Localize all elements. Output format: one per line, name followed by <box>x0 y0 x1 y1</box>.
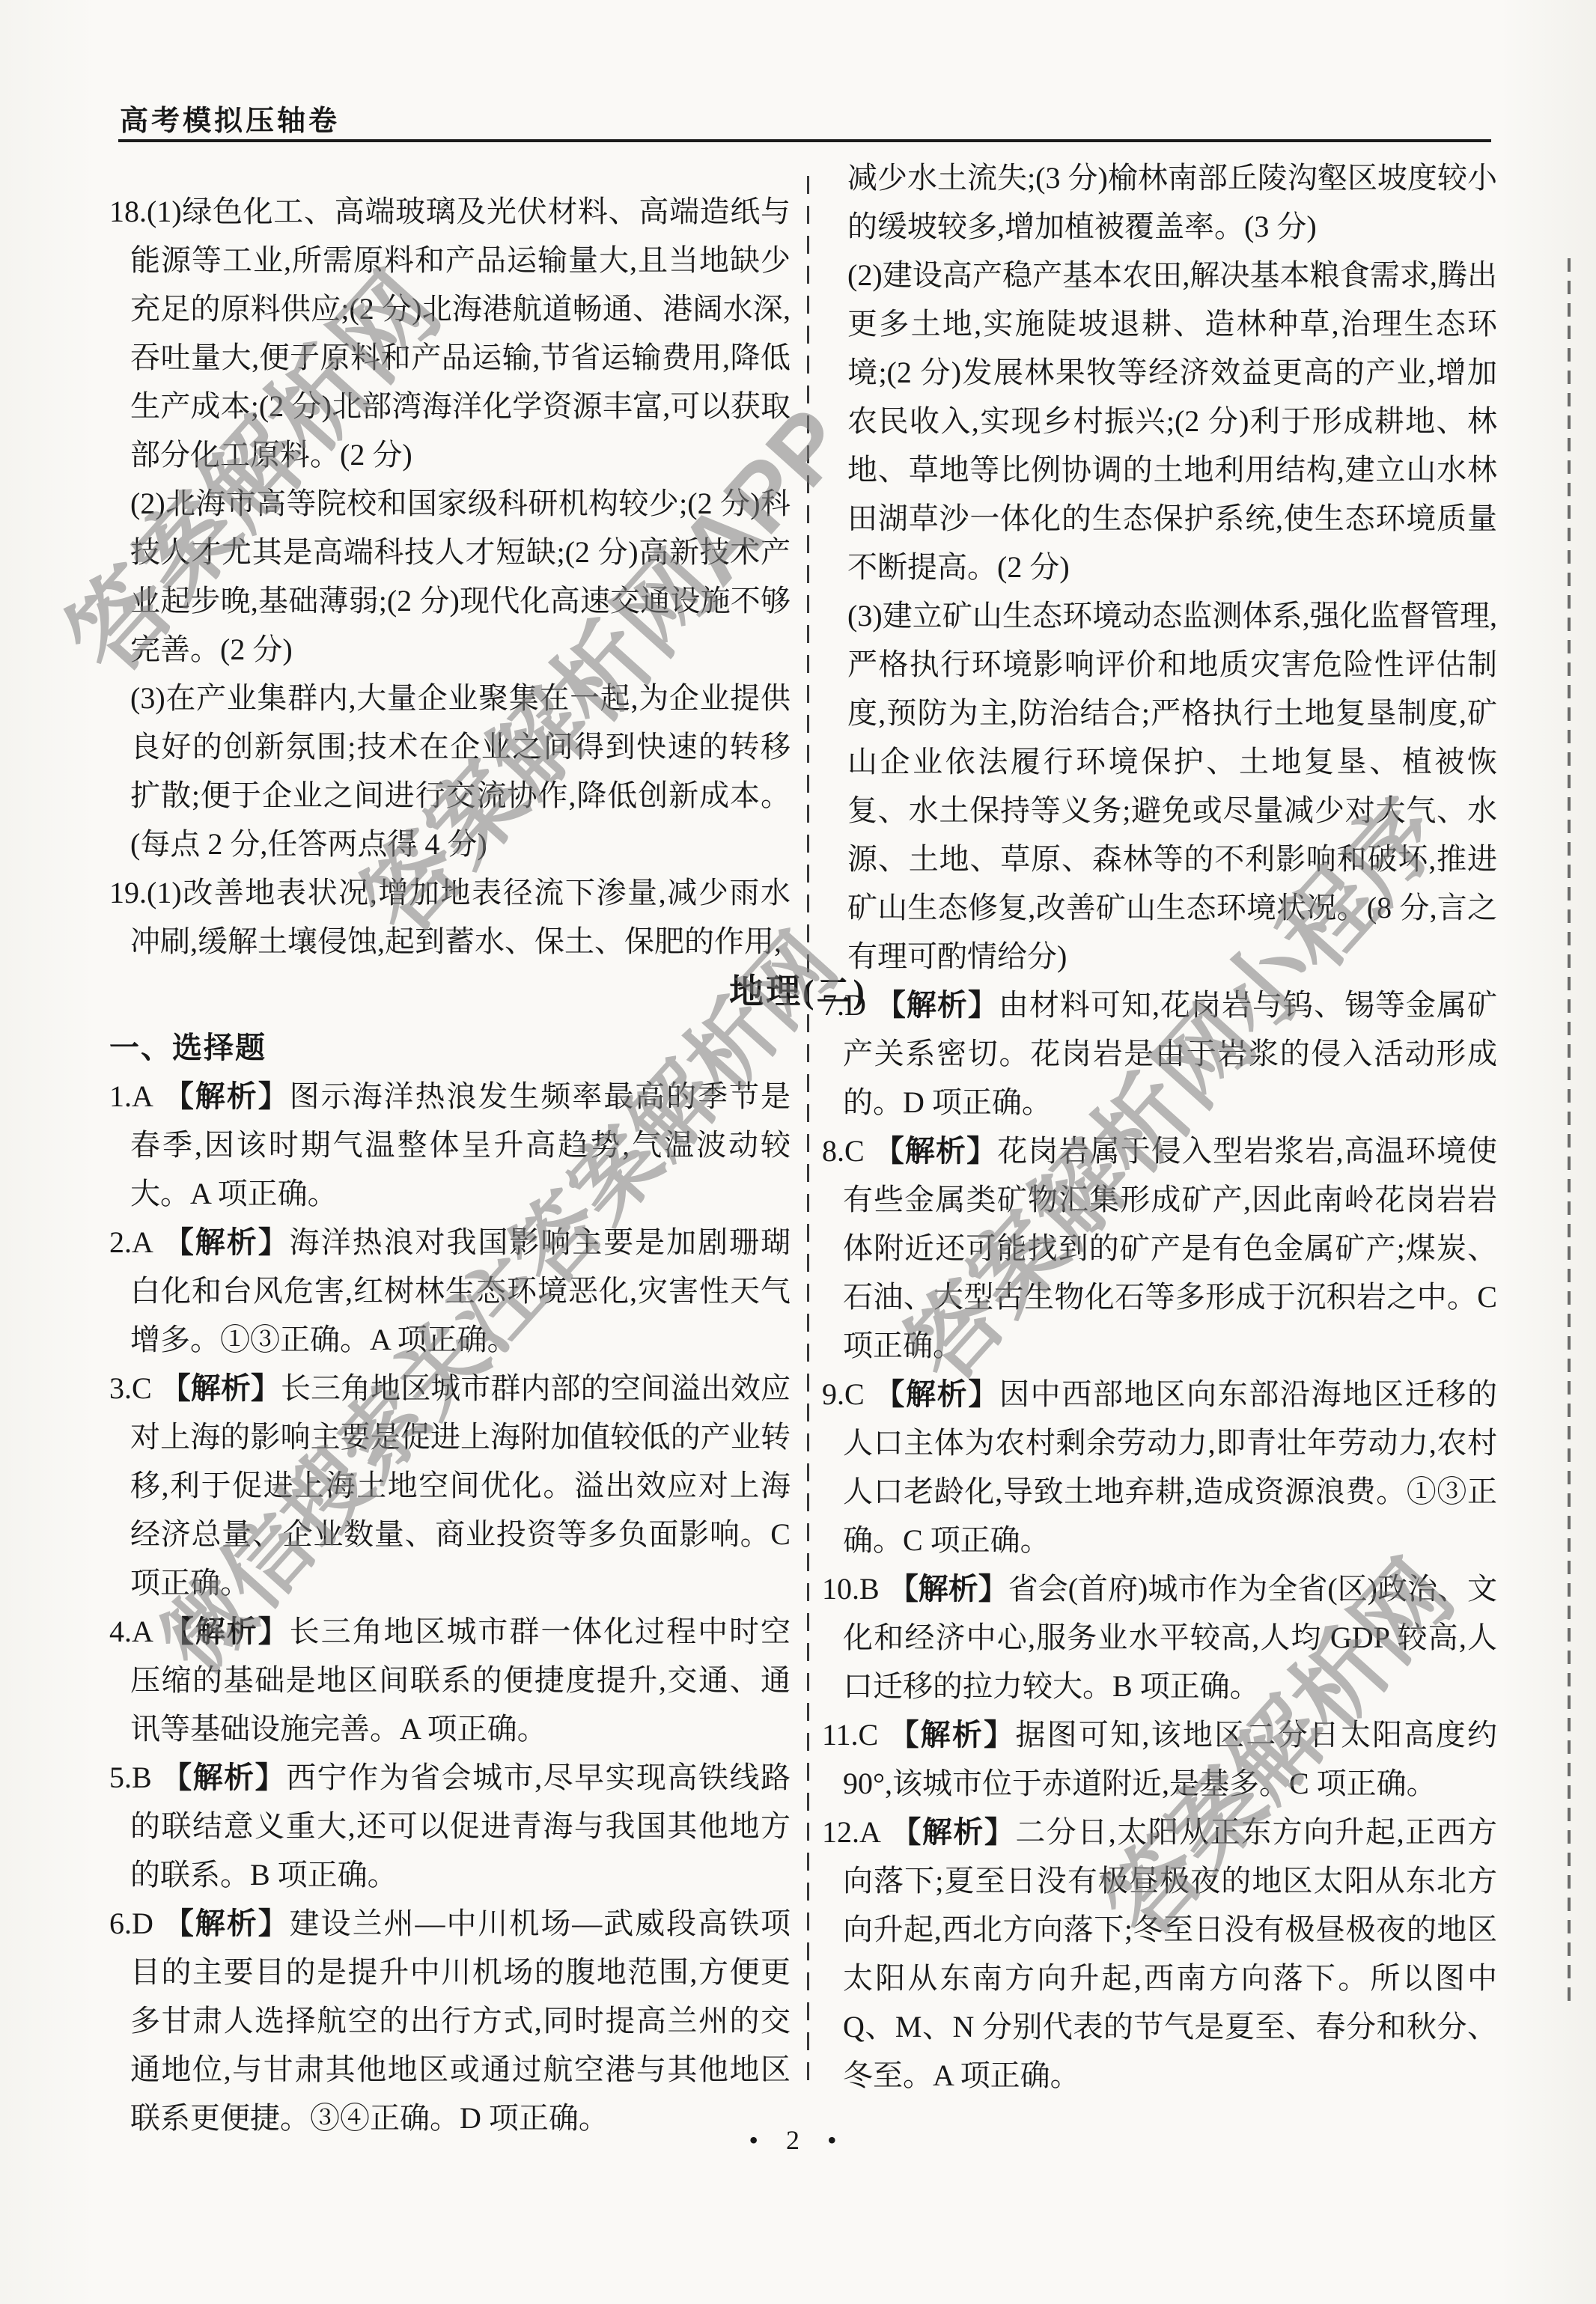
answer-item: 11.C【解析】据图可知,该地区二分日太阳高度约90°,该城市位于赤道附近,是基… <box>822 1710 1497 1808</box>
question-18-answer: 18.(1)绿色化工、高端玻璃及光伏材料、高端造纸与能源等工业,所需原料和产品运… <box>109 187 791 868</box>
page-header-title: 高考模拟压轴卷 <box>120 97 340 138</box>
answer-item: 5.B【解析】西宁作为省会城市,尽早实现高铁线路的联结意义重大,还可以促进青海与… <box>109 1753 791 1899</box>
answer-item: 9.C【解析】因中西部地区向东部沿海地区迁移的人口主体为农村剩余劳动力,即青壮年… <box>822 1370 1497 1564</box>
answer-item: 4.A【解析】长三角地区城市群一体化过程中时空压缩的基础是地区间联系的便捷度提升… <box>109 1607 791 1753</box>
answer-item: 6.D【解析】建设兰州—中川机场—武威段高铁项目的主要目的是提升中川机场的腹地范… <box>109 1899 791 2142</box>
answer-item: 1.A【解析】图示海洋热浪发生频率最高的季节是春季,因该时期气温整体呈升高趋势,… <box>109 1072 791 1218</box>
answer-number: 3.C <box>109 1371 152 1405</box>
jiexi-label: 【解析】 <box>162 1615 290 1648</box>
section-subheading: 一、选择题 <box>109 1024 266 1067</box>
answer-item: 8.C【解析】花岗岩属于侵入型岩浆岩,高温环境使有些金属类矿物汇集形成矿产,因此… <box>822 1127 1497 1370</box>
answer-paragraph: (3)建立矿山生态环境动态监测体系,强化监督管理,严格执行环境影响评价和地质灾害… <box>847 591 1497 981</box>
answer-item: 3.C【解析】长三角地区城市群内部的空间溢出效应对上海的影响主要是促进上海附加值… <box>109 1364 791 1607</box>
answer-number: 7.D <box>822 988 866 1022</box>
jiexi-label: 【解析】 <box>890 1815 1015 1849</box>
jiexi-label: 【解析】 <box>875 988 999 1022</box>
jiexi-label: 【解析】 <box>161 1761 286 1794</box>
answer-number: 10.B <box>822 1572 880 1606</box>
answer-number: 6.D <box>109 1907 153 1940</box>
scanned-answer-page: 高考模拟压轴卷 18.(1)绿色化工、高端玻璃及光伏材料、高端造纸与能源等工业,… <box>0 0 1596 2304</box>
answer-number: 12.A <box>822 1815 881 1849</box>
answer-item: 2.A【解析】海洋热浪对我国影响主要是加剧珊瑚白化和台风危害,红树林生态环境恶化… <box>109 1218 791 1364</box>
scan-edge-line <box>1568 258 1571 2002</box>
page-number: • 2 • <box>0 2124 1596 2156</box>
jiexi-label: 【解析】 <box>874 1377 999 1411</box>
answer-number: 4.A <box>109 1615 153 1648</box>
jiexi-label: 【解析】 <box>162 1079 290 1113</box>
answer-number: 11.C <box>822 1718 878 1752</box>
answer-item: 10.B【解析】省会(首府)城市作为全省(区)政治、文化和经济中心,服务业水平较… <box>822 1564 1497 1710</box>
answer-paragraph: 减少水土流失;(3 分)榆林南部丘陵沟壑区坡度较小的缓坡较多,增加植被覆盖率。(… <box>847 153 1497 251</box>
jiexi-label: 【解析】 <box>162 1907 290 1940</box>
answer-number: 5.B <box>109 1761 152 1794</box>
answer-number: 8.C <box>822 1134 865 1168</box>
question-number: 19. <box>109 876 147 909</box>
jiexi-label: 【解析】 <box>874 1134 998 1168</box>
jiexi-label: 【解析】 <box>887 1718 1015 1752</box>
jiexi-label: 【解析】 <box>162 1225 290 1259</box>
answer-explanation: 长三角地区城市群内部的空间溢出效应对上海的影响主要是促进上海附加值较低的产业转移… <box>130 1371 791 1600</box>
choice-answers-1-6: 1.A【解析】图示海洋热浪发生频率最高的季节是春季,因该时期气温整体呈升高趋势,… <box>109 1072 791 2142</box>
answer-paragraph: (2)建设高产稳产基本农田,解决基本粮食需求,腾出更多土地,实施陡坡退耕、造林种… <box>847 251 1497 591</box>
column-divider <box>807 176 809 2092</box>
answer-explanation: 二分日,太阳从正东方向升起,正西方向落下;夏至日没有极昼极夜的地区太阳从东北方向… <box>843 1815 1497 2092</box>
answer-paragraph: (3)在产业集群内,大量企业聚集在一起,为企业提供良好的创新氛围;技术在企业之间… <box>130 674 791 868</box>
answer-number: 9.C <box>822 1377 865 1411</box>
answer-item: 12.A【解析】二分日,太阳从正东方向升起,正西方向落下;夏至日没有极昼极夜的地… <box>822 1808 1497 2100</box>
answer-text: (1)改善地表状况,增加地表径流下渗量,减少雨水冲刷,缓解土壤侵蚀,起到蓄水、保… <box>130 876 791 958</box>
header-rule <box>118 139 1491 142</box>
left-column-answers: 18.(1)绿色化工、高端玻璃及光伏材料、高端造纸与能源等工业,所需原料和产品运… <box>109 187 791 966</box>
answer-explanation: 建设兰州—中川机场—武威段高铁项目的主要目的是提升中川机场的腹地范围,方便更多甘… <box>130 1907 791 2135</box>
answer-paragraph: (2)北海市高等院校和国家级科研机构较少;(2 分)科技人才尤其是高端科技人才短… <box>130 479 791 674</box>
answer-number: 1.A <box>109 1079 153 1113</box>
jiexi-label: 【解析】 <box>889 1572 1008 1606</box>
answer-number: 2.A <box>109 1225 153 1259</box>
question-19-answer: 19.(1)改善地表状况,增加地表径流下渗量,减少雨水冲刷,缓解土壤侵蚀,起到蓄… <box>109 868 791 966</box>
answer-text: (1)绿色化工、高端玻璃及光伏材料、高端造纸与能源等工业,所需原料和产品运输量大… <box>130 195 791 472</box>
right-column: 减少水土流失;(3 分)榆林南部丘陵沟壑区坡度较小的缓坡较多,增加植被覆盖率。(… <box>822 153 1497 2100</box>
answer-explanation: 花岗岩属于侵入型岩浆岩,高温环境使有些金属类矿物汇集形成矿产,因此南岭花岗岩岩体… <box>843 1134 1497 1362</box>
answer-paragraph: 18.(1)绿色化工、高端玻璃及光伏材料、高端造纸与能源等工业,所需原料和产品运… <box>109 187 791 479</box>
answer-paragraph: 19.(1)改善地表状况,增加地表径流下渗量,减少雨水冲刷,缓解土壤侵蚀,起到蓄… <box>109 868 791 966</box>
answer-item: 7.D【解析】由材料可知,花岗岩与钨、锡等金属矿产关系密切。花岗岩是由于岩浆的侵… <box>822 981 1497 1127</box>
question-number: 18. <box>109 195 147 228</box>
jiexi-label: 【解析】 <box>161 1371 281 1405</box>
